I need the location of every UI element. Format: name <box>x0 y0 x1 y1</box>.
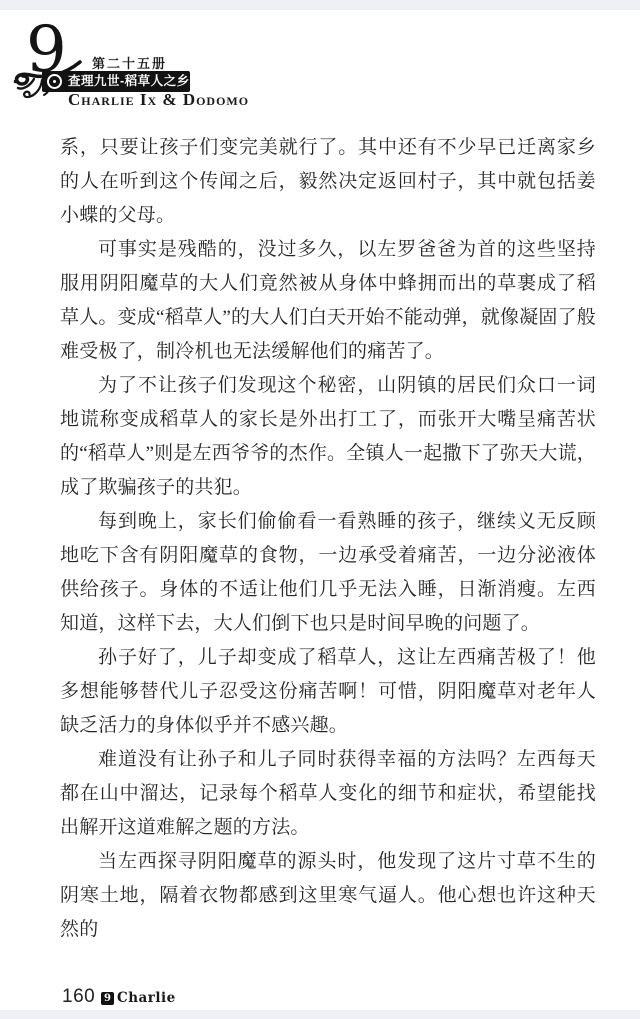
paragraph: 可事实是残酷的，没过多久，以左罗爸爸为首的这些坚持服用阴阳魔草的大人们竟然被从身… <box>60 233 596 369</box>
scroll-ring-icon <box>47 74 62 89</box>
paragraph: 孙子好了，儿子却变成了稻草人，这让左西痛苦极了！他多想能够替代儿子忍受这份痛苦啊… <box>60 641 596 743</box>
series-title-chinese: 查理九世-稻草人之乡 <box>68 71 190 92</box>
paragraph: 系，只要让孩子们变完美就行了。其中还有不少早已迁离家乡的人在听到这个传闻之后，毅… <box>60 131 596 233</box>
brand-label: Charlie <box>117 990 176 1006</box>
paragraph: 难道没有让孙子和儿子同时获得幸福的方法吗？左西每天都在山中溜达，记录每个稻草人变… <box>60 743 596 845</box>
volume-label: 第二十五册 <box>92 53 167 72</box>
book-page: 9 第二十五册 查理九世-稻草人之乡 Charlie Ix & Dodomo 系… <box>0 0 640 1019</box>
series-title-english: Charlie Ix & Dodomo <box>68 90 249 110</box>
screen-edge-top <box>0 0 640 10</box>
page-number: 160 <box>62 986 95 1008</box>
paragraph: 为了不让孩子们发现这个秘密，山阴镇的居民们众口一词地谎称变成稻草人的家长是外出打… <box>60 369 596 505</box>
paragraph: 当左西探寻阴阳魔草的源头时，他发现了这片寸草不生的阴寒土地，隔着衣物都感到这里寒… <box>60 845 596 947</box>
screen-edge-bottom <box>0 1010 640 1019</box>
charlie-nine-logo-icon: 9 <box>101 992 114 1005</box>
paragraph: 每到晚上，家长们偷偷看一看熟睡的孩子，继续义无反顾地吃下含有阴阳魔草的食物，一边… <box>60 505 596 641</box>
series-title-bar: 查理九世-稻草人之乡 <box>42 71 190 92</box>
page-text: 系，只要让孩子们变完美就行了。其中还有不少早已迁离家乡的人在听到这个传闻之后，毅… <box>60 131 596 947</box>
